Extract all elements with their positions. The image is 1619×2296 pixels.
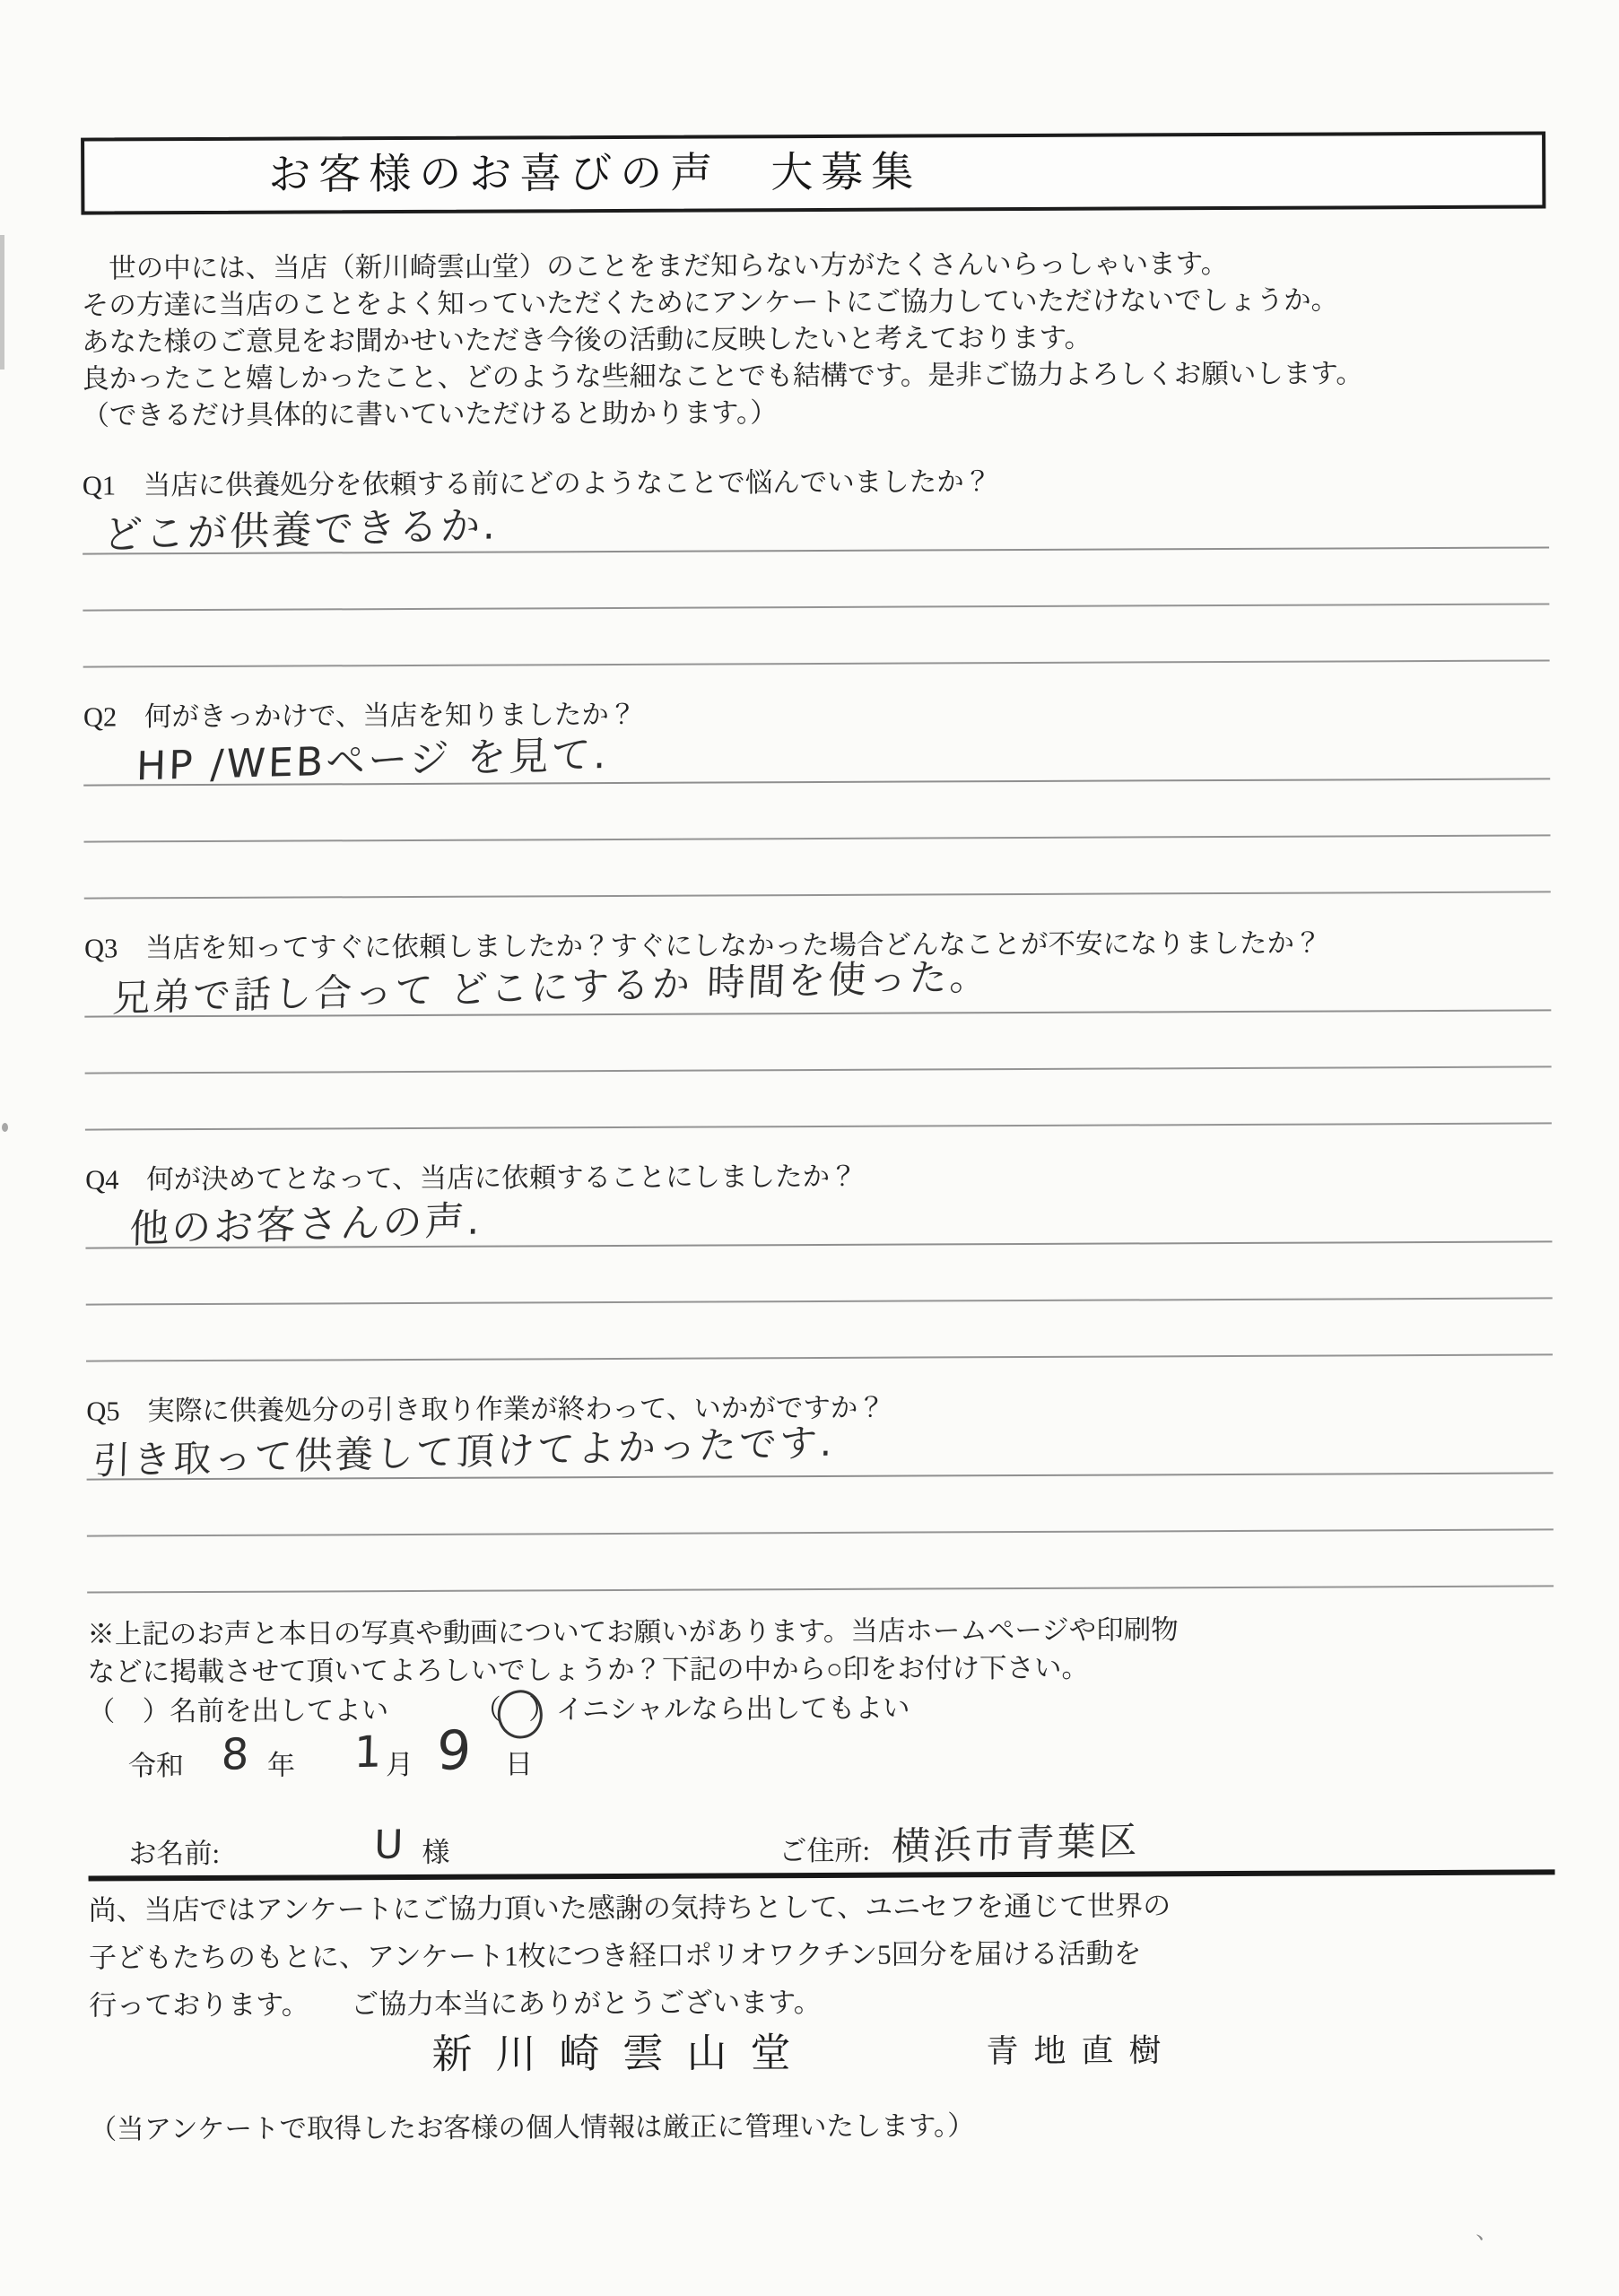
ruled-line: [83, 779, 1550, 842]
month-unit-label: 月: [386, 1742, 413, 1782]
ruled-line: [87, 1530, 1554, 1593]
thanks-line: 尚、当店ではアンケートにご協力頂いた感謝の気持ちとして、ユニセフを通じて世界の: [89, 1880, 1555, 1934]
day-unit-label: 日: [505, 1741, 533, 1781]
consent-option-name-paren: （ ）: [88, 1696, 170, 1726]
consent-note-line: などに掲載させて頂いてよろしいでしょうか？下記の中から○印をお付け下さい。: [87, 1647, 1554, 1691]
privacy-note: （当アンケートで取得したお客様の個人情報は厳正に管理いたします。）: [90, 2100, 1556, 2146]
store-name: 新川崎雲山堂: [431, 2020, 814, 2080]
question-label: Q2: [83, 699, 144, 740]
question-block-q5: Q5 実際に供養処分の引き取り作業が終わって、いかがですか？ 引き取って供養して…: [86, 1387, 1554, 1593]
scan-edge-smudge: [0, 235, 4, 370]
intro-line: 世の中には、当店（新川崎雲山堂）のことをまだ知らない方がたくさんいらっしゃいます…: [82, 244, 1548, 287]
handwritten-answer: どこが供養できるか.: [102, 492, 499, 560]
handwritten-year: 8: [221, 1729, 252, 1780]
representative-name: 青地直樹: [986, 2025, 1176, 2072]
ruled-line: [83, 604, 1549, 667]
scan-speck: 、: [1475, 2213, 1499, 2246]
handwritten-address: 横浜市青葉区: [892, 1811, 1141, 1872]
handwritten-answer: HP /WEBページ を見て.: [135, 722, 609, 791]
question-list: Q1 当店に供養処分を依頼する前にどのようなことで悩んでいましたか？ どこが供養…: [83, 461, 1554, 1624]
question-label: Q3: [84, 930, 145, 971]
intro-paragraph: 世の中には、当店（新川崎雲山堂）のことをまだ知らない方がたくさんいらっしゃいます…: [82, 244, 1549, 434]
survey-sheet: お客様のお喜びの声 大募集 世の中には、当店（新川崎雲山堂）のことをまだ知らない…: [80, 0, 1556, 2296]
question-block-q3: Q3 当店を知ってすぐに依頼しましたか？すぐにしなかった場合どんなことが不安にな…: [84, 924, 1552, 1130]
answer-line: 引き取って供養して頂けてよかったです.: [86, 1428, 1553, 1480]
date-row: 令和 8 年 1 月 9 日: [88, 1720, 1554, 1807]
scanned-survey-page: お客様のお喜びの声 大募集 世の中には、当店（新川崎雲山堂）のことをまだ知らない…: [0, 0, 1619, 2296]
thanks-paragraph: 尚、当店ではアンケートにご協力頂いた感謝の気持ちとして、ユニセフを通じて世界の …: [89, 1880, 1556, 2029]
name-address-row: お名前: U 様 ご住所: 横浜市青葉区: [88, 1810, 1554, 1881]
answer-line: 兄弟で話し合って どこにするか 時間を使った。: [84, 965, 1551, 1017]
intro-line: （できるだけ具体的に書いていただけると助かります。）: [82, 391, 1548, 434]
answer-line: 他のお客さんの声.: [85, 1196, 1552, 1248]
name-honorific-label: 様: [422, 1830, 449, 1870]
handwritten-name: U: [373, 1822, 406, 1868]
intro-line: その方達に当店のことをよく知っていただくためにアンケートにご協力していただけない…: [82, 281, 1548, 324]
handwritten-month: 1: [353, 1726, 385, 1778]
question-block-q4: Q4 何が決めてとなって、当店に依頼することにしましたか？ 他のお客さんの声.: [85, 1155, 1553, 1361]
publication-consent-section: ※上記のお声と本日の写真や動画についてお願いがあります。当店ホームページや印刷物…: [87, 1609, 1554, 1730]
address-field-label: ご住所:: [779, 1828, 870, 1868]
ruled-line: [86, 1299, 1553, 1361]
ruled-line: [84, 1011, 1551, 1074]
title-box: お客様のお喜びの声 大募集: [81, 131, 1545, 214]
intro-line: 良かったこと嬉しかったこと、どのような些細なことでも結構です。是非ご協力よろしく…: [82, 354, 1548, 397]
scan-edge-dot: [2, 1123, 8, 1132]
thanks-line: 子どもたちのもとに、アンケート1枚につき経口ポリオワクチン5回分を届ける活動を: [89, 1927, 1555, 1981]
handwritten-day: 9: [436, 1719, 474, 1783]
ruled-line: [87, 1474, 1554, 1536]
era-label: 令和: [128, 1743, 184, 1783]
ruled-line: [85, 1067, 1552, 1130]
ruled-line: [85, 1242, 1552, 1305]
question-block-q2: Q2 何がきっかけで、当店を知りましたか？ HP /WEBページ を見て.: [83, 692, 1551, 899]
name-field-label: お名前:: [128, 1831, 220, 1871]
ruled-line: [84, 836, 1551, 899]
handwritten-answer: 他のお客さんの声.: [129, 1187, 483, 1254]
consent-note-line: ※上記のお声と本日の写真や動画についてお願いがあります。当店ホームページや印刷物: [87, 1609, 1554, 1653]
question-label: Q5: [86, 1393, 147, 1434]
signature-row: 新川崎雲山堂 青地直樹: [89, 2016, 1555, 2076]
question-block-q1: Q1 当店に供養処分を依頼する前にどのようなことで悩んでいましたか？ どこが供養…: [83, 461, 1550, 667]
ruled-line: [83, 548, 1549, 611]
intro-line: あなた様のご意見をお聞かせいただき今後の活動に反映したいと考えております。: [82, 317, 1548, 361]
answer-line: どこが供養できるか.: [83, 502, 1549, 554]
year-unit-label: 年: [267, 1743, 295, 1783]
page-title: お客様のお喜びの声 大募集: [84, 135, 1542, 211]
consent-option-name-label: 名前を出してよい: [170, 1695, 388, 1726]
answer-line: HP /WEBページ を見て.: [83, 734, 1550, 786]
consent-option-name: （ ）名前を出してよい: [88, 1692, 389, 1730]
consent-option-initial-label: イニシャルなら出してもよい: [556, 1693, 910, 1726]
